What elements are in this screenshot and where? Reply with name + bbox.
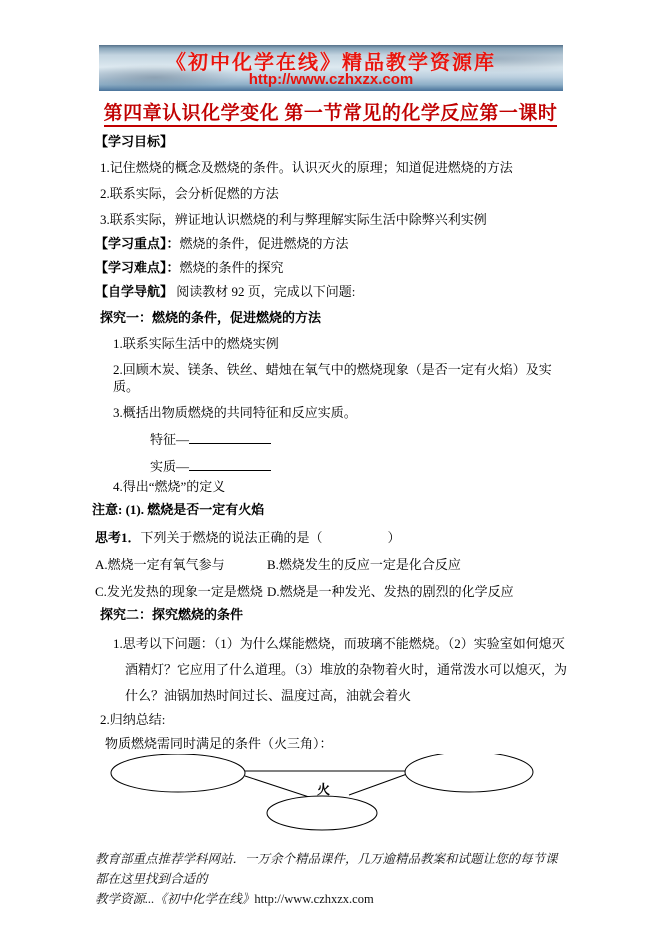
inquiry1-item: 3.概括出物质燃烧的共同特征和反应实质。	[113, 404, 567, 421]
worksheet-body: 【学习目标】 1.记住燃烧的概念及燃烧的条件。认识灭火的原理；知道促进燃烧的方法…	[95, 128, 567, 846]
objective-item: 2.联系实际，会分析促燃的方法	[100, 185, 567, 202]
option-a: A.燃烧一定有氧气参与	[95, 556, 263, 573]
objectives-heading: 【学习目标】	[95, 133, 567, 150]
question1-stem: 下列关于燃烧的说法正确的是（ ）	[141, 530, 401, 545]
difficulty-line: 【学习难点】：燃烧的条件的探究	[95, 259, 567, 276]
fire-triangle-diagram: 火	[95, 754, 565, 846]
inquiry2-heading: 探究二：探究燃烧的条件	[100, 606, 567, 623]
options-row-ab: A.燃烧一定有氧气参与 B.燃烧发生的反应一定是化合反应	[95, 556, 567, 573]
triangle-left-line	[245, 776, 309, 797]
self-study-line: 【自学导航】 阅读教材 92 页，完成以下问题:	[95, 283, 567, 300]
fill-in-blank	[189, 456, 271, 471]
essence-blank-line: 实质—	[150, 456, 567, 475]
question1-label: 思考1．	[95, 530, 141, 545]
worksheet-page: 《初中化学在线》精品教学资源库 http://www.czhxzx.com 第四…	[0, 0, 661, 935]
essence-label: 实质—	[150, 459, 189, 474]
footer-line2-text: 教学资源...《初中化学在线》	[95, 892, 254, 906]
key-point-line: 【学习重点】：燃烧的条件，促进燃烧的方法	[95, 235, 567, 252]
page-footer: 教育部重点推荐学科网站．一万余个精品课件，几万逾精品教案和试题让您的每节课都在这…	[95, 849, 569, 909]
footer-line1: 教育部重点推荐学科网站．一万余个精品课件，几万逾精品教案和试题让您的每节课都在这…	[95, 849, 569, 889]
footer-line2: 教学资源...《初中化学在线》http://www.czhxzx.com	[95, 889, 569, 909]
options-row-cd: C.发光发热的现象一定是燃烧 D.燃烧是一种发光、发热的剧烈的化学反应	[95, 583, 567, 600]
fire-label: 火	[317, 782, 330, 797]
self-study-label: 【自学导航】	[95, 284, 173, 299]
key-point-text: 燃烧的条件，促进燃烧的方法	[180, 236, 349, 251]
objective-item: 1.记住燃烧的概念及燃烧的条件。认识灭火的原理；知道促进燃烧的方法	[100, 159, 567, 176]
option-b: B.燃烧发生的反应一定是化合反应	[267, 556, 461, 573]
inquiry1-item: 2.回顾木炭、镁条、铁丝、蜡烛在氧气中的燃烧现象（是否一定有火焰）及实质。	[113, 361, 567, 395]
inquiry1-heading: 探究一：燃烧的条件，促进燃烧的方法	[100, 309, 567, 326]
self-study-text: 阅读教材 92 页，完成以下问题:	[176, 284, 355, 299]
inquiry1-item: 1.联系实际生活中的燃烧实例	[113, 335, 567, 352]
difficulty-label: 【学习难点】：	[95, 260, 180, 275]
note-line: 注意: (1). 燃烧是否一定有火焰	[92, 501, 567, 518]
question1-line: 思考1．下列关于燃烧的说法正确的是（ ）	[95, 529, 567, 546]
fire-triangle-caption: 物质燃烧需同时满足的条件（火三角）：	[105, 735, 567, 752]
condition-ellipse-bottom	[267, 796, 377, 830]
difficulty-text: 燃烧的条件的探究	[180, 260, 284, 275]
footer-url: http://www.czhxzx.com	[254, 892, 373, 906]
objective-item: 3.联系实际，辨证地认识燃烧的利与弊理解实际生活中除弊兴利实例	[100, 211, 567, 228]
feature-blank-line: 特征—	[150, 429, 567, 448]
inquiry2-item1: 1.思考以下问题：（1）为什么煤能燃烧，而玻璃不能燃烧。（2）实验室如何熄灭酒精…	[113, 631, 567, 709]
fill-in-blank	[189, 429, 271, 444]
site-banner: 《初中化学在线》精品教学资源库 http://www.czhxzx.com	[99, 45, 563, 91]
condition-ellipse-right	[405, 754, 533, 792]
page-title: 第四章认识化学变化 第一节常见的化学反应第一课时	[0, 98, 661, 125]
key-point-label: 【学习重点】：	[95, 236, 180, 251]
option-d: D.燃烧是一种发光、发热的剧烈的化学反应	[267, 583, 514, 600]
condition-ellipse-left	[111, 754, 245, 792]
inquiry2-item2: 2.归纳总结:	[100, 711, 567, 728]
triangle-right-line	[349, 774, 407, 795]
feature-label: 特征—	[150, 432, 189, 447]
banner-site-url: http://www.czhxzx.com	[99, 72, 563, 88]
option-c: C.发光发热的现象一定是燃烧	[95, 583, 263, 600]
inquiry1-item4: 4.得出“燃烧”的定义	[113, 478, 567, 495]
